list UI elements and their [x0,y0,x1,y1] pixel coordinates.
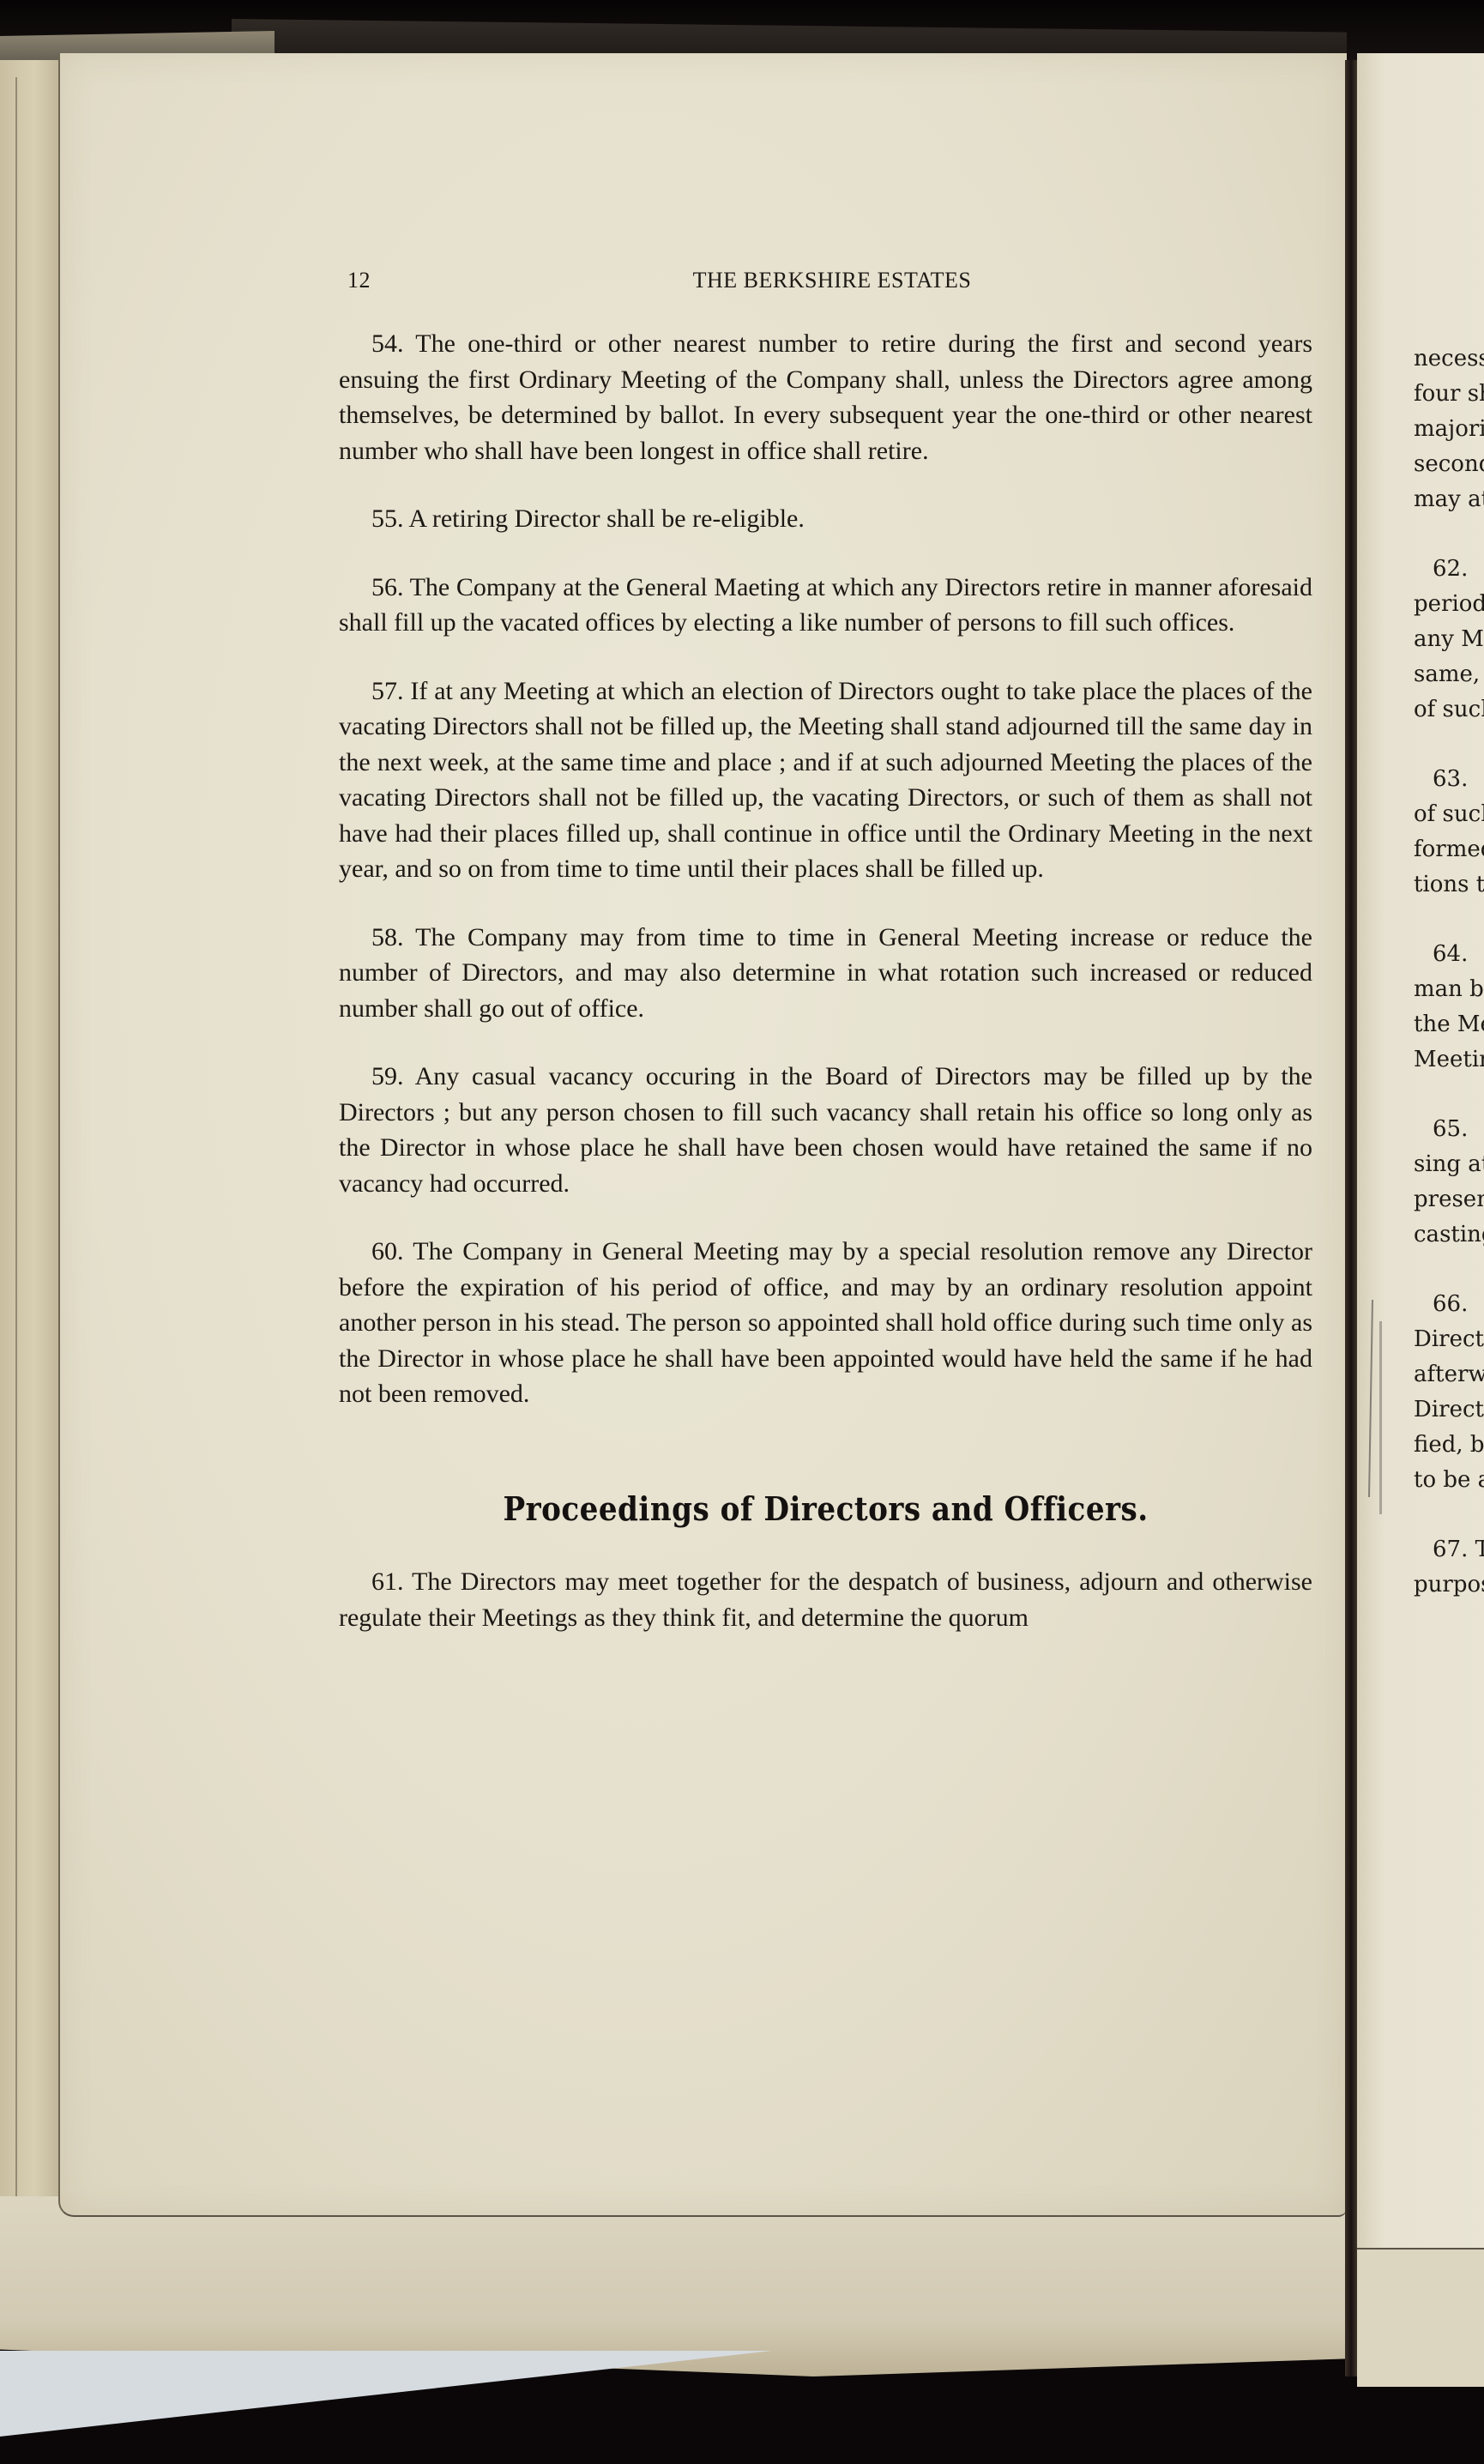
fragment-line: same, t [1414,657,1484,692]
clause-text: Any casual vacancy occuring in the Board… [339,1062,1312,1198]
book-gutter [1345,60,1357,2376]
fragment-line: of such [1414,797,1484,832]
section-heading: Proceedings of Directors and Officers. [388,1491,1264,1527]
page-body: 54. The one-third or other nearest numbe… [339,326,1312,1635]
fragment-line: any M [1414,622,1484,657]
fragment-line: tions th [1414,867,1484,903]
clause-58: 58. The Company may from time to time in… [339,920,1312,1027]
fragment-line: 62. [1414,552,1484,587]
clause-text: A retiring Director shall be re-eligible… [408,504,805,533]
fragment-line: of such [1414,692,1484,728]
clause-text: The Company in General Meeting may by a … [339,1237,1312,1408]
fragment-line: man be [1414,972,1484,1007]
clause-text: The one-third or other nearest number to… [339,329,1312,465]
fragment-line: the Me [1414,1007,1484,1042]
fragment-line: sing at [1414,1147,1484,1182]
fragment-line: formed [1414,832,1484,867]
fragment-line: Directo [1414,1392,1484,1428]
fragment-line: four sh [1414,377,1484,412]
fragment-line: Meeting [1414,1042,1484,1078]
fragment-line: period [1414,587,1484,622]
clause-56: 56. The Company at the General Maeting a… [339,570,1312,641]
facing-page-text: necess four sh majori second may at 62. … [1414,341,1484,1603]
fragment-line: Directo [1414,1322,1484,1357]
clause-60: 60. The Company in General Meeting may b… [339,1234,1312,1412]
clause-54: 54. The one-third or other nearest numbe… [339,326,1312,468]
fragment-line: 63. [1414,762,1484,797]
pencil-margin-mark [1379,1321,1382,1514]
fragment-line: fied, be [1414,1428,1484,1463]
fragment-line: 65. [1414,1112,1484,1147]
clause-number: 61. [371,1567,404,1596]
fragment-line: majori [1414,412,1484,447]
clause-number: 58. [371,923,404,951]
fragment-line: afterwa [1414,1357,1484,1392]
clause-text: The Company may from time to time in Gen… [339,923,1312,1023]
clause-57: 57. If at any Meeting at which an electi… [339,673,1312,887]
fragment-line: necess [1414,341,1484,377]
fragment-line: purpose [1414,1567,1484,1603]
clause-number: 54. [371,329,404,358]
clause-number: 56. [371,573,404,601]
fragment-line: second [1414,447,1484,482]
facing-page-lower-margin [1357,2248,1484,2387]
clause-number: 60. [371,1237,404,1265]
clause-number: 57. [371,677,404,705]
fragment-line: 66. [1414,1287,1484,1322]
clause-text: The Directors may meet together for the … [339,1567,1312,1632]
page-lower-margin [0,2196,1355,2376]
clause-55: 55. A retiring Director shall be re-elig… [339,501,1312,537]
clause-61: 61. The Directors may meet together for … [339,1564,1312,1635]
fragment-line: to be a [1414,1463,1484,1498]
fragment-line: 67. T [1414,1532,1484,1567]
underlying-sheet [0,2351,772,2437]
fragment-line: present [1414,1182,1484,1217]
fragment-line: 64. [1414,937,1484,972]
fragment-line: casting [1414,1217,1484,1253]
clause-text: The Company at the General Maeting at wh… [339,573,1312,637]
clause-text: If at any Meeting at which an election o… [339,677,1312,884]
clause-59: 59. Any casual vacancy occuring in the B… [339,1059,1312,1201]
running-head: 12 THE BERKSHIRE ESTATES [347,268,1317,302]
clause-number: 55. [371,504,404,533]
clause-number: 59. [371,1062,404,1090]
fragment-line: may at [1414,482,1484,517]
running-title: THE BERKSHIRE ESTATES [347,268,1317,293]
